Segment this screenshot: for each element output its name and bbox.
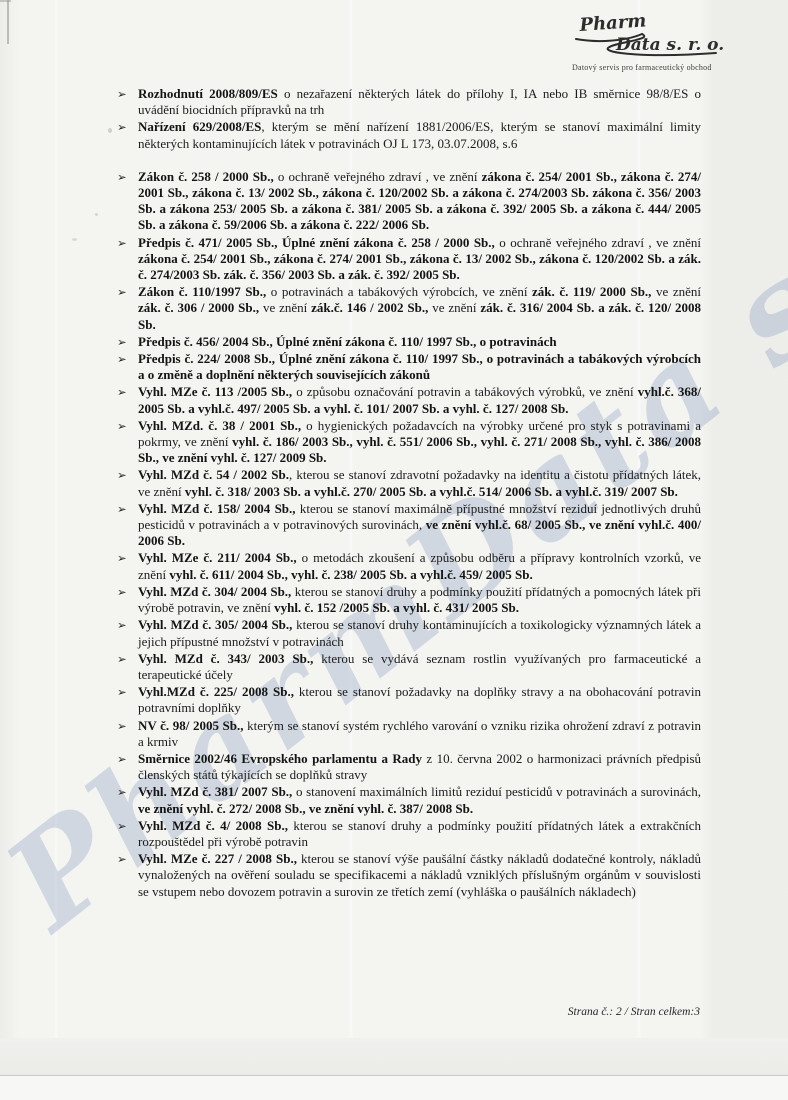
scan-edge-artifact: [7, 0, 9, 44]
logo-tagline: Datový servis pro farmaceutický obchod: [568, 63, 728, 72]
regulation-reference: Předpis č. 471/ 2005 Sb., Úplné znění zá…: [138, 235, 495, 250]
bullet-arrow-icon: ➢: [117, 651, 127, 667]
bullet-arrow-icon: ➢: [117, 784, 127, 800]
list-item: ➢Vyhl. MZd. č. 38 / 2001 Sb., o hygienic…: [117, 418, 701, 467]
regulation-reference: vyhl. č. 611/ 2004 Sb., vyhl. č. 238/ 20…: [169, 567, 532, 582]
regulation-reference: zák. č. 306 / 2000 Sb.,: [138, 300, 259, 315]
regulation-reference: Směrnice 2002/46 Evropského parlamentu a…: [138, 751, 422, 766]
regulation-reference: Rozhodnutí 2008/809/ES: [138, 86, 278, 101]
regulation-description: ve znění: [259, 300, 311, 315]
company-logo: Pharm Data s. r. o. Datový servis pro fa…: [568, 12, 728, 72]
bullet-arrow-icon: ➢: [117, 351, 127, 367]
list-item: ➢Předpis č. 456/ 2004 Sb., Úplné znění z…: [117, 334, 701, 350]
bullet-arrow-icon: ➢: [117, 550, 127, 566]
bullet-arrow-icon: ➢: [117, 501, 127, 517]
scan-edge-artifact: [0, 0, 11, 2]
regulation-reference: ve znění vyhl. č. 272/ 2008 Sb., ve zněn…: [138, 801, 473, 816]
regulation-reference: vyhl. č. 318/ 2003 Sb. a vyhl.č. 270/ 20…: [185, 484, 678, 499]
page-number-footer: Strana č.: 2 / Stran celkem:3: [568, 1006, 700, 1018]
list-item: ➢Vyhl.MZd č. 225/ 2008 Sb., kterou se st…: [117, 684, 701, 716]
logo-word-pharm: Pharm: [578, 12, 647, 36]
list-item: ➢Vyhl. MZe č. 211/ 2004 Sb., o metodách …: [117, 550, 701, 582]
regulation-reference: Vyhl. MZd č. 381/ 2007 Sb.,: [138, 784, 292, 799]
regulation-reference: Předpis č. 456/ 2004 Sb., Úplné znění zá…: [138, 334, 557, 349]
bullet-arrow-icon: ➢: [117, 334, 127, 350]
bullet-arrow-icon: ➢: [117, 284, 127, 300]
list-item: ➢Vyhl. MZd č. 304/ 2004 Sb., kterou se s…: [117, 584, 701, 616]
list-item: ➢Vyhl. MZd č. 343/ 2003 Sb., kterou se v…: [117, 651, 701, 683]
regulation-reference: zák. č. 119/ 2000 Sb.,: [532, 284, 651, 299]
regulation-reference: vyhl. č. 152 /2005 Sb. a vyhl. č. 431/ 2…: [274, 600, 519, 615]
regulation-description: o potravinách a tabákových výrobcích, ve…: [266, 284, 532, 299]
list-item: ➢Nařízení 629/2008/ES, kterým se mění na…: [117, 119, 701, 151]
bullet-arrow-icon: ➢: [117, 751, 127, 767]
scan-speck: [95, 213, 98, 216]
regulation-reference: Vyhl. MZe č. 227 / 2008 Sb.,: [138, 851, 297, 866]
list-item: ➢Vyhl. MZd č. 4/ 2008 Sb., kterou se sta…: [117, 818, 701, 850]
regulation-description: o ochraně veřejného zdraví , ve znění: [495, 235, 701, 250]
bullet-arrow-icon: ➢: [117, 617, 127, 633]
bullet-arrow-icon: ➢: [117, 235, 127, 251]
regulation-description: ve znění: [428, 300, 480, 315]
logo-script-icon: Pharm Data s. r. o.: [568, 12, 728, 62]
regulation-reference: Vyhl.MZd č. 225/ 2008 Sb.,: [138, 684, 294, 699]
regulation-reference: Vyhl. MZd č. 304/ 2004 Sb.,: [138, 584, 291, 599]
bullet-arrow-icon: ➢: [117, 418, 127, 434]
regulation-reference: Vyhl. MZd č. 54 / 2002 Sb.: [138, 467, 289, 482]
bullet-arrow-icon: ➢: [117, 584, 127, 600]
bullet-group: ➢Rozhodnutí 2008/809/ES o nezařazení něk…: [117, 86, 701, 152]
bullet-arrow-icon: ➢: [117, 467, 127, 483]
bullet-arrow-icon: ➢: [117, 718, 127, 734]
regulation-reference: Vyhl. MZe č. 211/ 2004 Sb.,: [138, 550, 297, 565]
regulation-reference: zákona č. 254/ 2001 Sb., zákona č. 274/ …: [138, 251, 701, 282]
bullet-group: ➢Zákon č. 258 / 2000 Sb., o ochraně veře…: [117, 169, 701, 900]
scan-bottom-edge: [0, 1038, 788, 1076]
list-item: ➢Vyhl. MZd č. 381/ 2007 Sb., o stanovení…: [117, 784, 701, 816]
regulation-reference: Nařízení 629/2008/ES: [138, 119, 261, 134]
list-item: ➢Vyhl. MZd č. 54 / 2002 Sb., kterou se s…: [117, 467, 701, 499]
regulation-reference: Předpis č. 224/ 2008 Sb., Úplné znění zá…: [138, 351, 701, 382]
list-item: ➢NV č. 98/ 2005 Sb., kterým se stanoví s…: [117, 718, 701, 750]
list-item: ➢Vyhl. MZe č. 227 / 2008 Sb., kterou se …: [117, 851, 701, 900]
list-item: ➢Předpis č. 224/ 2008 Sb., Úplné znění z…: [117, 351, 701, 383]
regulation-reference: Zákon č. 258 / 2000 Sb.,: [138, 169, 274, 184]
bullet-arrow-icon: ➢: [117, 684, 127, 700]
regulation-description: o ochraně veřejného zdraví , ve znění: [274, 169, 482, 184]
list-item: ➢Vyhl. MZe č. 113 /2005 Sb., o způsobu o…: [117, 384, 701, 416]
bullet-arrow-icon: ➢: [117, 119, 127, 135]
bullet-arrow-icon: ➢: [117, 86, 127, 102]
regulation-reference: Vyhl. MZd č. 305/ 2004 Sb.,: [138, 617, 292, 632]
bullet-arrow-icon: ➢: [117, 851, 127, 867]
regulation-list: ➢Rozhodnutí 2008/809/ES o nezařazení něk…: [117, 86, 701, 901]
list-item: ➢Vyhl. MZd č. 158/ 2004 Sb., kterou se s…: [117, 501, 701, 550]
list-item: ➢Zákon č. 258 / 2000 Sb., o ochraně veře…: [117, 169, 701, 234]
regulation-reference: Vyhl. MZd č. 4/ 2008 Sb.,: [138, 818, 288, 833]
scanned-page: PharmData s.r.o. Pharm Data s. r. o. Dat…: [0, 0, 788, 1076]
regulation-reference: Zákon č. 110/1997 Sb.,: [138, 284, 266, 299]
list-item: ➢Zákon č. 110/1997 Sb., o potravinách a …: [117, 284, 701, 333]
scan-speck: [108, 128, 112, 133]
regulation-description: ve znění: [651, 284, 701, 299]
regulation-reference: Vyhl. MZd č. 343/ 2003 Sb.,: [138, 651, 313, 666]
list-item: ➢Směrnice 2002/46 Evropského parlamentu …: [117, 751, 701, 783]
bullet-arrow-icon: ➢: [117, 169, 127, 185]
regulation-reference: Vyhl. MZe č. 113 /2005 Sb.,: [138, 384, 292, 399]
regulation-reference: NV č. 98/ 2005 Sb.,: [138, 718, 244, 733]
list-item: ➢Vyhl. MZd č. 305/ 2004 Sb., kterou se s…: [117, 617, 701, 649]
list-item: ➢Předpis č. 471/ 2005 Sb., Úplné znění z…: [117, 235, 701, 284]
regulation-reference: zák.č. 146 / 2002 Sb.,: [311, 300, 428, 315]
regulation-description: o způsobu označování potravin a tabákový…: [292, 384, 638, 399]
regulation-reference: Vyhl. MZd. č. 38 / 2001 Sb.,: [138, 418, 301, 433]
regulation-reference: Vyhl. MZd č. 158/ 2004 Sb.,: [138, 501, 296, 516]
scan-speck: [72, 238, 77, 241]
bullet-arrow-icon: ➢: [117, 384, 127, 400]
bullet-arrow-icon: ➢: [117, 818, 127, 834]
regulation-description: o stanovení maximálních limitů reziduí p…: [292, 784, 701, 799]
logo-word-data: Data s. r. o.: [615, 35, 724, 55]
list-item: ➢Rozhodnutí 2008/809/ES o nezařazení něk…: [117, 86, 701, 118]
